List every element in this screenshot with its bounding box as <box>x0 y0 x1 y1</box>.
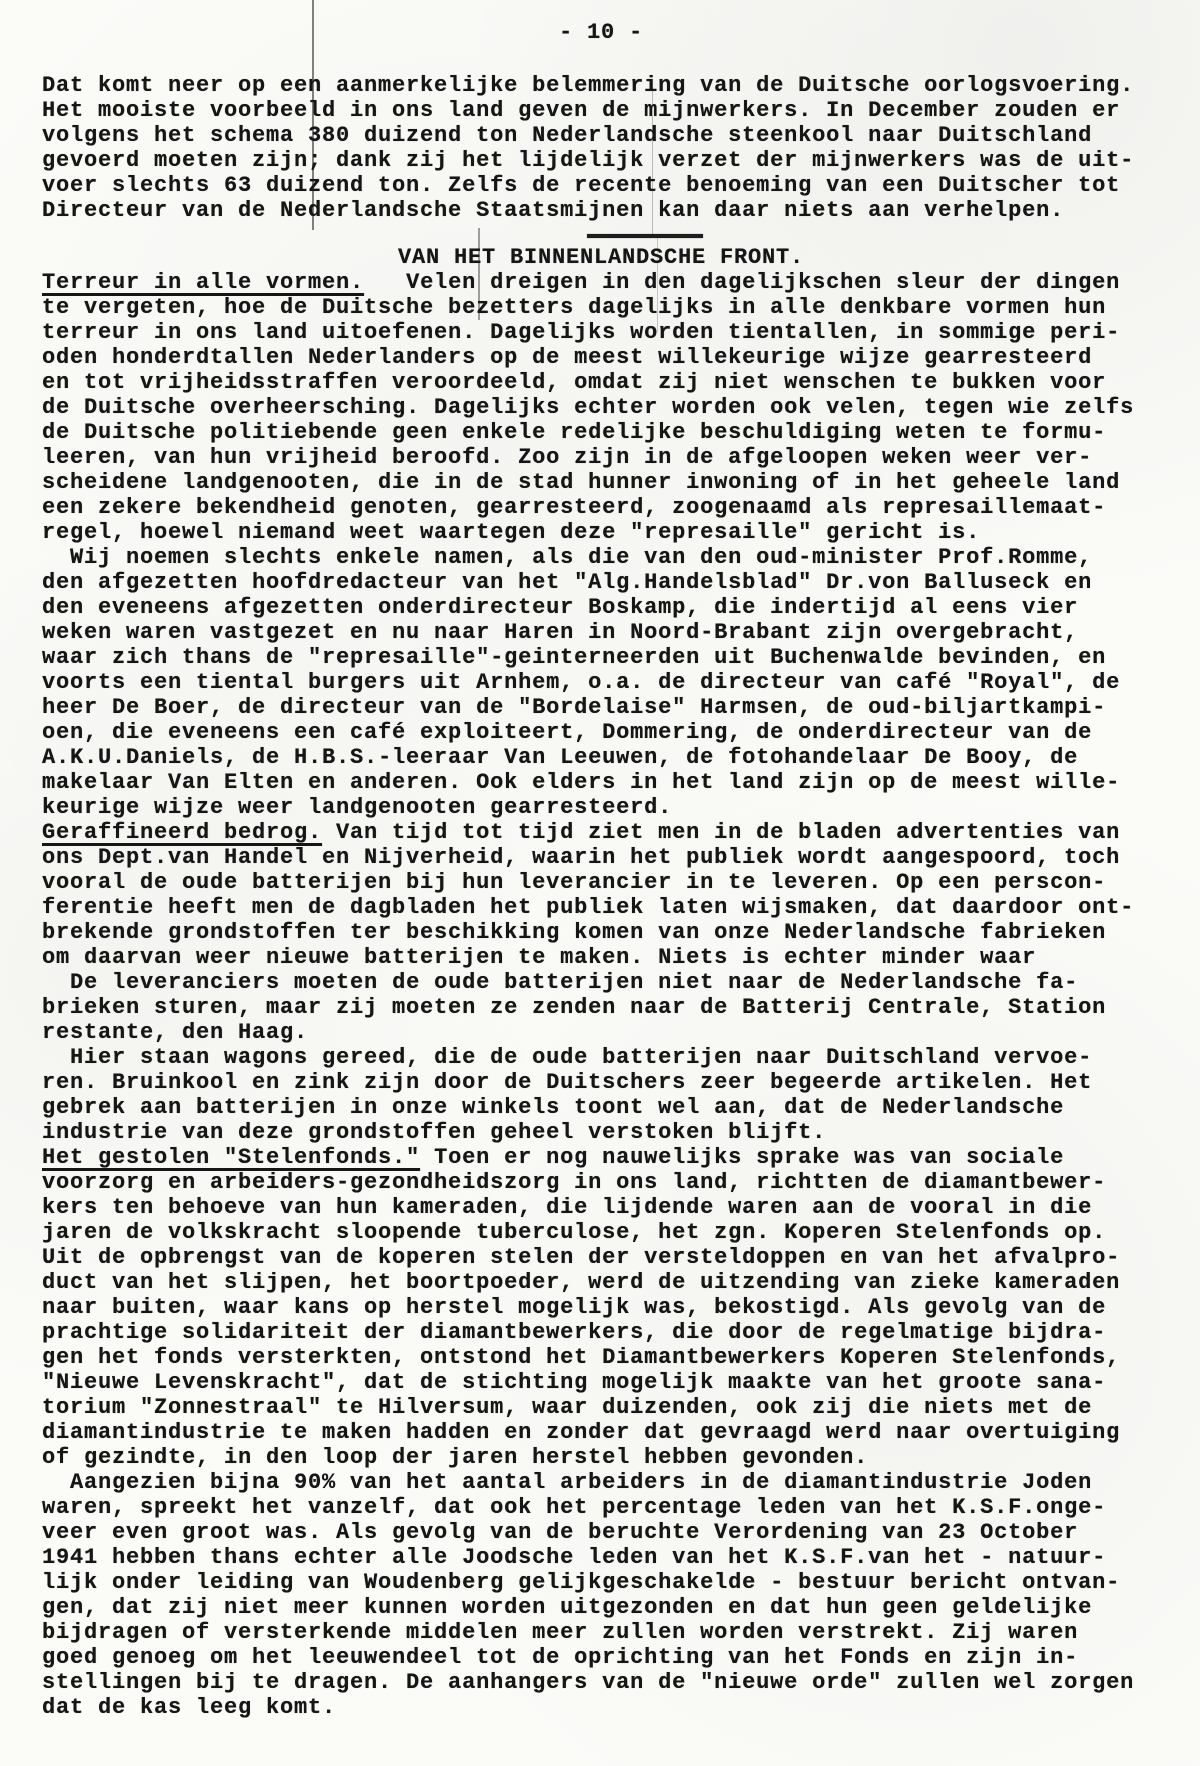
subheading-geraffineerd-bedrog: Geraffineerd bedrog. <box>42 820 322 845</box>
subheading-terreur-in-alle-vormen: Terreur in alle vormen. <box>42 270 364 295</box>
paragraph-text: Hier staan wagons gereed, die de oude ba… <box>42 1045 1092 1145</box>
paragraph-stelenfonds: Het gestolen "Stelenfonds." Toen er nog … <box>42 1145 1180 1470</box>
paragraph-wagons: Hier staan wagons gereed, die de oude ba… <box>42 1045 1180 1145</box>
page-number: - 10 - <box>42 20 1160 45</box>
section-heading: VAN HET BINNENLANDSCHE FRONT. <box>42 245 1160 270</box>
scan-crease <box>652 88 653 234</box>
scan-crease <box>478 228 480 320</box>
paragraph-text: De leveranciers moeten de oude batterije… <box>42 970 1106 1045</box>
paragraph-text: Wij noemen slechts enkele namen, als die… <box>42 545 1120 820</box>
scan-crease <box>312 0 314 230</box>
heading-rule <box>587 234 703 238</box>
paragraph-text: Dat komt neer op een aanmerkelijke belem… <box>42 73 1134 223</box>
paragraph-text: Aangezien bijna 90% van het aantal arbei… <box>42 1470 1134 1720</box>
paragraph-arrestaties-namen: Wij noemen slechts enkele namen, als die… <box>42 545 1180 820</box>
paragraph-text: Velen dreigen in den dagelijkschen sleur… <box>42 270 1134 545</box>
paragraph-geraffineerd-bedrog: Geraffineerd bedrog. Van tijd tot tijd z… <box>42 820 1180 970</box>
paragraph-ksf-joodsche-leden: Aangezien bijna 90% van het aantal arbei… <box>42 1470 1180 1720</box>
subheading-het-gestolen-stelenfonds: Het gestolen "Stelenfonds." <box>42 1145 420 1170</box>
paragraph-mijnwerkers: Dat komt neer op een aanmerkelijke belem… <box>42 73 1180 223</box>
scanned-document-page: - 10 - Dat komt neer op een aanmerkelijk… <box>0 0 1200 1766</box>
scan-crease <box>657 236 658 332</box>
paragraph-batterij-centrale: De leveranciers moeten de oude batterije… <box>42 970 1180 1045</box>
paragraph-terreur: Terreur in alle vormen. Velen dreigen in… <box>42 270 1180 545</box>
paragraph-text: Toen er nog nauwelijks sprake was van so… <box>42 1145 1120 1470</box>
